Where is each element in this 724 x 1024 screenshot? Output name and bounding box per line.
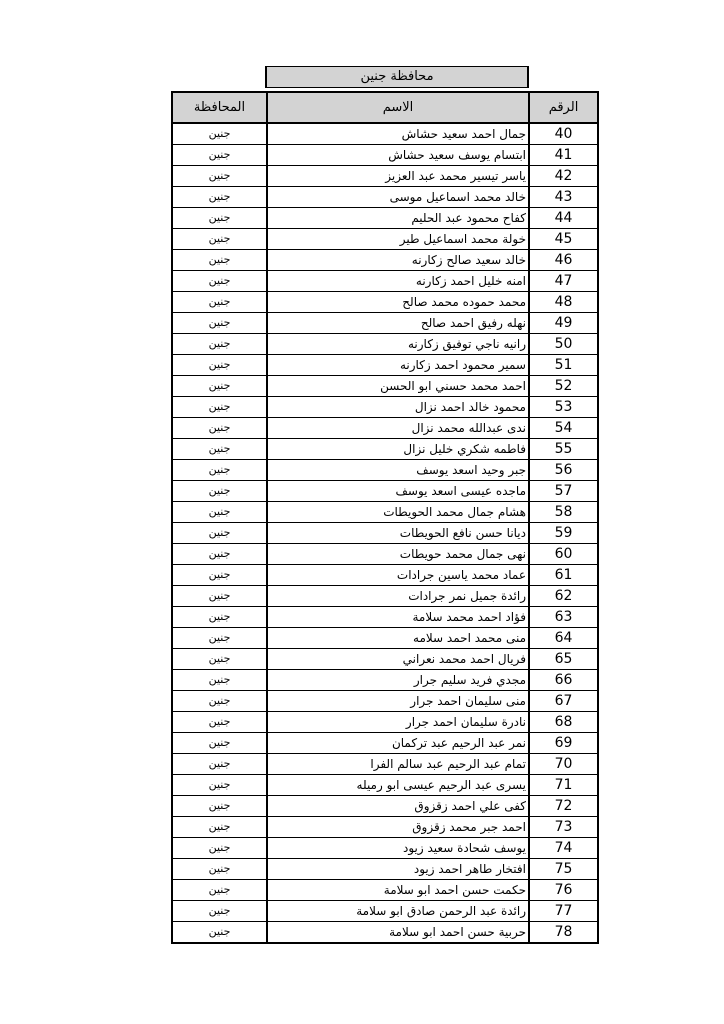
row-name-cell: حربية حسن احمد ابو سلامة (267, 922, 529, 944)
row-number-cell: 58 (529, 502, 598, 523)
table-row: 40جمال احمد سعيد حشاشجنين (172, 123, 598, 145)
table-header-row: الرقم الاسم المحافظة (172, 92, 598, 123)
row-number-cell: 59 (529, 523, 598, 544)
row-governorate-cell: جنين (172, 208, 267, 229)
row-name-cell: فؤاد احمد محمد سلامة (267, 607, 529, 628)
row-governorate-cell: جنين (172, 649, 267, 670)
row-name-cell: فريال احمد محمد نعراني (267, 649, 529, 670)
table-row: 43خالد محمد اسماعيل موسىجنين (172, 187, 598, 208)
table-row: 59ديانا حسن نافع الحويطاتجنين (172, 523, 598, 544)
row-number-cell: 48 (529, 292, 598, 313)
row-number-cell: 52 (529, 376, 598, 397)
row-governorate-cell: جنين (172, 187, 267, 208)
row-name-cell: ياسر تيسير محمد عبد العزيز (267, 166, 529, 187)
table-row: 68نادرة سليمان احمد جرارجنين (172, 712, 598, 733)
row-governorate-cell: جنين (172, 817, 267, 838)
row-name-cell: نهى جمال محمد حويطات (267, 544, 529, 565)
region-title-cell: محافظة جنين (265, 66, 529, 88)
row-name-cell: احمد جبر محمد زقزوق (267, 817, 529, 838)
table-row: 76حكمت حسن احمد ابو سلامةجنين (172, 880, 598, 901)
row-name-cell: محمود خالد احمد نزال (267, 397, 529, 418)
row-number-cell: 64 (529, 628, 598, 649)
row-number-cell: 68 (529, 712, 598, 733)
row-governorate-cell: جنين (172, 901, 267, 922)
table-row: 52احمد محمد حسني ابو الحسنجنين (172, 376, 598, 397)
row-governorate-cell: جنين (172, 712, 267, 733)
row-name-cell: خالد سعيد صالح زكارنه (267, 250, 529, 271)
row-number-cell: 77 (529, 901, 598, 922)
row-name-cell: ابتسام يوسف سعيد حشاش (267, 145, 529, 166)
row-governorate-cell: جنين (172, 481, 267, 502)
row-name-cell: احمد محمد حسني ابو الحسن (267, 376, 529, 397)
row-name-cell: منى سليمان احمد جرار (267, 691, 529, 712)
row-name-cell: ماجده عيسى اسعد يوسف (267, 481, 529, 502)
table-row: 74يوسف شحادة سعيد زيودجنين (172, 838, 598, 859)
row-governorate-cell: جنين (172, 418, 267, 439)
table-row: 69نمر عبد الرحيم عبد تركمانجنين (172, 733, 598, 754)
row-number-cell: 57 (529, 481, 598, 502)
row-governorate-cell: جنين (172, 733, 267, 754)
row-governorate-cell: جنين (172, 544, 267, 565)
row-number-cell: 50 (529, 334, 598, 355)
table-row: 75افتخار طاهر احمد زيودجنين (172, 859, 598, 880)
row-governorate-cell: جنين (172, 796, 267, 817)
row-number-cell: 54 (529, 418, 598, 439)
row-number-cell: 40 (529, 123, 598, 145)
row-governorate-cell: جنين (172, 880, 267, 901)
row-governorate-cell: جنين (172, 607, 267, 628)
row-governorate-cell: جنين (172, 145, 267, 166)
row-governorate-cell: جنين (172, 670, 267, 691)
row-governorate-cell: جنين (172, 775, 267, 796)
row-governorate-cell: جنين (172, 586, 267, 607)
table-row: 42ياسر تيسير محمد عبد العزيزجنين (172, 166, 598, 187)
row-number-cell: 46 (529, 250, 598, 271)
row-governorate-cell: جنين (172, 334, 267, 355)
table-row: 44كفاح محمود عبد الحليمجنين (172, 208, 598, 229)
row-name-cell: يسرى عبد الرحيم عيسى ابو رميله (267, 775, 529, 796)
row-name-cell: افتخار طاهر احمد زيود (267, 859, 529, 880)
table-row: 72كفى علي احمد زقزوقجنين (172, 796, 598, 817)
row-number-cell: 70 (529, 754, 598, 775)
row-name-cell: كفاح محمود عبد الحليم (267, 208, 529, 229)
row-name-cell: نمر عبد الرحيم عبد تركمان (267, 733, 529, 754)
row-governorate-cell: جنين (172, 229, 267, 250)
row-number-cell: 43 (529, 187, 598, 208)
table-row: 54ندى عبدالله محمد نزالجنين (172, 418, 598, 439)
table-row: 62رائدة جميل نمر جراداتجنين (172, 586, 598, 607)
row-number-cell: 41 (529, 145, 598, 166)
row-number-cell: 49 (529, 313, 598, 334)
row-number-cell: 66 (529, 670, 598, 691)
row-number-cell: 73 (529, 817, 598, 838)
row-name-cell: جمال احمد سعيد حشاش (267, 123, 529, 145)
document-page: محافظة جنين الرقم الاسم المحافظة 40جمال … (0, 0, 724, 1024)
table-row: 49نهله رفيق احمد صالحجنين (172, 313, 598, 334)
row-name-cell: امنه خليل احمد زكارنه (267, 271, 529, 292)
table-row: 65فريال احمد محمد نعرانيجنين (172, 649, 598, 670)
row-governorate-cell: جنين (172, 271, 267, 292)
table-row: 67منى سليمان احمد جرارجنين (172, 691, 598, 712)
table-row: 53محمود خالد احمد نزالجنين (172, 397, 598, 418)
row-name-cell: هشام جمال محمد الحويطات (267, 502, 529, 523)
row-number-cell: 56 (529, 460, 598, 481)
row-governorate-cell: جنين (172, 313, 267, 334)
table-row: 51سمير محمود احمد زكارنهجنين (172, 355, 598, 376)
row-governorate-cell: جنين (172, 628, 267, 649)
row-number-cell: 47 (529, 271, 598, 292)
table-row: 73احمد جبر محمد زقزوقجنين (172, 817, 598, 838)
row-governorate-cell: جنين (172, 838, 267, 859)
row-name-cell: ندى عبدالله محمد نزال (267, 418, 529, 439)
table-row: 66مجدي فريد سليم جرارجنين (172, 670, 598, 691)
table-row: 45خولة محمد اسماعيل طيرجنين (172, 229, 598, 250)
row-governorate-cell: جنين (172, 691, 267, 712)
row-number-cell: 61 (529, 565, 598, 586)
table-row: 41ابتسام يوسف سعيد حشاشجنين (172, 145, 598, 166)
row-governorate-cell: جنين (172, 292, 267, 313)
row-governorate-cell: جنين (172, 166, 267, 187)
row-number-cell: 53 (529, 397, 598, 418)
row-name-cell: تمام عبد الرحيم عبد سالم الفرا (267, 754, 529, 775)
row-number-cell: 75 (529, 859, 598, 880)
row-name-cell: حكمت حسن احمد ابو سلامة (267, 880, 529, 901)
row-number-cell: 69 (529, 733, 598, 754)
row-number-cell: 45 (529, 229, 598, 250)
table-row: 78حربية حسن احمد ابو سلامةجنين (172, 922, 598, 944)
row-governorate-cell: جنين (172, 376, 267, 397)
row-number-cell: 44 (529, 208, 598, 229)
names-table: الرقم الاسم المحافظة 40جمال احمد سعيد حش… (171, 91, 599, 944)
row-number-cell: 71 (529, 775, 598, 796)
row-governorate-cell: جنين (172, 859, 267, 880)
row-name-cell: خولة محمد اسماعيل طير (267, 229, 529, 250)
row-governorate-cell: جنين (172, 922, 267, 944)
row-governorate-cell: جنين (172, 250, 267, 271)
table-row: 70تمام عبد الرحيم عبد سالم الفراجنين (172, 754, 598, 775)
table-row: 64منى محمد احمد سلامهجنين (172, 628, 598, 649)
table-row: 63فؤاد احمد محمد سلامةجنين (172, 607, 598, 628)
row-governorate-cell: جنين (172, 460, 267, 481)
row-name-cell: رانيه ناجي توفيق زكارنه (267, 334, 529, 355)
row-number-cell: 67 (529, 691, 598, 712)
table-row: 61عماد محمد ياسين جراداتجنين (172, 565, 598, 586)
column-header-number: الرقم (529, 92, 598, 123)
row-number-cell: 74 (529, 838, 598, 859)
column-header-name: الاسم (267, 92, 529, 123)
row-name-cell: نادرة سليمان احمد جرار (267, 712, 529, 733)
table-row: 46خالد سعيد صالح زكارنهجنين (172, 250, 598, 271)
row-number-cell: 60 (529, 544, 598, 565)
table-row: 77رائدة عبد الرحمن صادق ابو سلامةجنين (172, 901, 598, 922)
table-row: 71يسرى عبد الرحيم عيسى ابو رميلهجنين (172, 775, 598, 796)
row-name-cell: محمد حموده محمد صالح (267, 292, 529, 313)
table-row: 57ماجده عيسى اسعد يوسفجنين (172, 481, 598, 502)
row-name-cell: مجدي فريد سليم جرار (267, 670, 529, 691)
row-number-cell: 55 (529, 439, 598, 460)
row-governorate-cell: جنين (172, 123, 267, 145)
table-row: 60نهى جمال محمد حويطاتجنين (172, 544, 598, 565)
row-governorate-cell: جنين (172, 355, 267, 376)
row-name-cell: سمير محمود احمد زكارنه (267, 355, 529, 376)
table-row: 58هشام جمال محمد الحويطاتجنين (172, 502, 598, 523)
row-governorate-cell: جنين (172, 502, 267, 523)
row-name-cell: يوسف شحادة سعيد زيود (267, 838, 529, 859)
row-name-cell: نهله رفيق احمد صالح (267, 313, 529, 334)
table-row: 56جبر وحيد اسعد يوسفجنين (172, 460, 598, 481)
row-name-cell: رائدة جميل نمر جرادات (267, 586, 529, 607)
table-row: 50رانيه ناجي توفيق زكارنهجنين (172, 334, 598, 355)
row-governorate-cell: جنين (172, 523, 267, 544)
row-name-cell: كفى علي احمد زقزوق (267, 796, 529, 817)
row-number-cell: 63 (529, 607, 598, 628)
table-row: 47امنه خليل احمد زكارنهجنين (172, 271, 598, 292)
row-number-cell: 51 (529, 355, 598, 376)
table-row: 55فاطمه شكري خليل نزالجنين (172, 439, 598, 460)
row-name-cell: منى محمد احمد سلامه (267, 628, 529, 649)
row-number-cell: 78 (529, 922, 598, 944)
row-number-cell: 72 (529, 796, 598, 817)
row-name-cell: خالد محمد اسماعيل موسى (267, 187, 529, 208)
row-name-cell: ديانا حسن نافع الحويطات (267, 523, 529, 544)
row-number-cell: 76 (529, 880, 598, 901)
table-row: 48محمد حموده محمد صالحجنين (172, 292, 598, 313)
row-name-cell: رائدة عبد الرحمن صادق ابو سلامة (267, 901, 529, 922)
row-governorate-cell: جنين (172, 565, 267, 586)
row-number-cell: 65 (529, 649, 598, 670)
column-header-governorate: المحافظة (172, 92, 267, 123)
row-name-cell: جبر وحيد اسعد يوسف (267, 460, 529, 481)
row-name-cell: فاطمه شكري خليل نزال (267, 439, 529, 460)
row-governorate-cell: جنين (172, 439, 267, 460)
row-governorate-cell: جنين (172, 754, 267, 775)
row-name-cell: عماد محمد ياسين جرادات (267, 565, 529, 586)
row-governorate-cell: جنين (172, 397, 267, 418)
row-number-cell: 42 (529, 166, 598, 187)
row-number-cell: 62 (529, 586, 598, 607)
